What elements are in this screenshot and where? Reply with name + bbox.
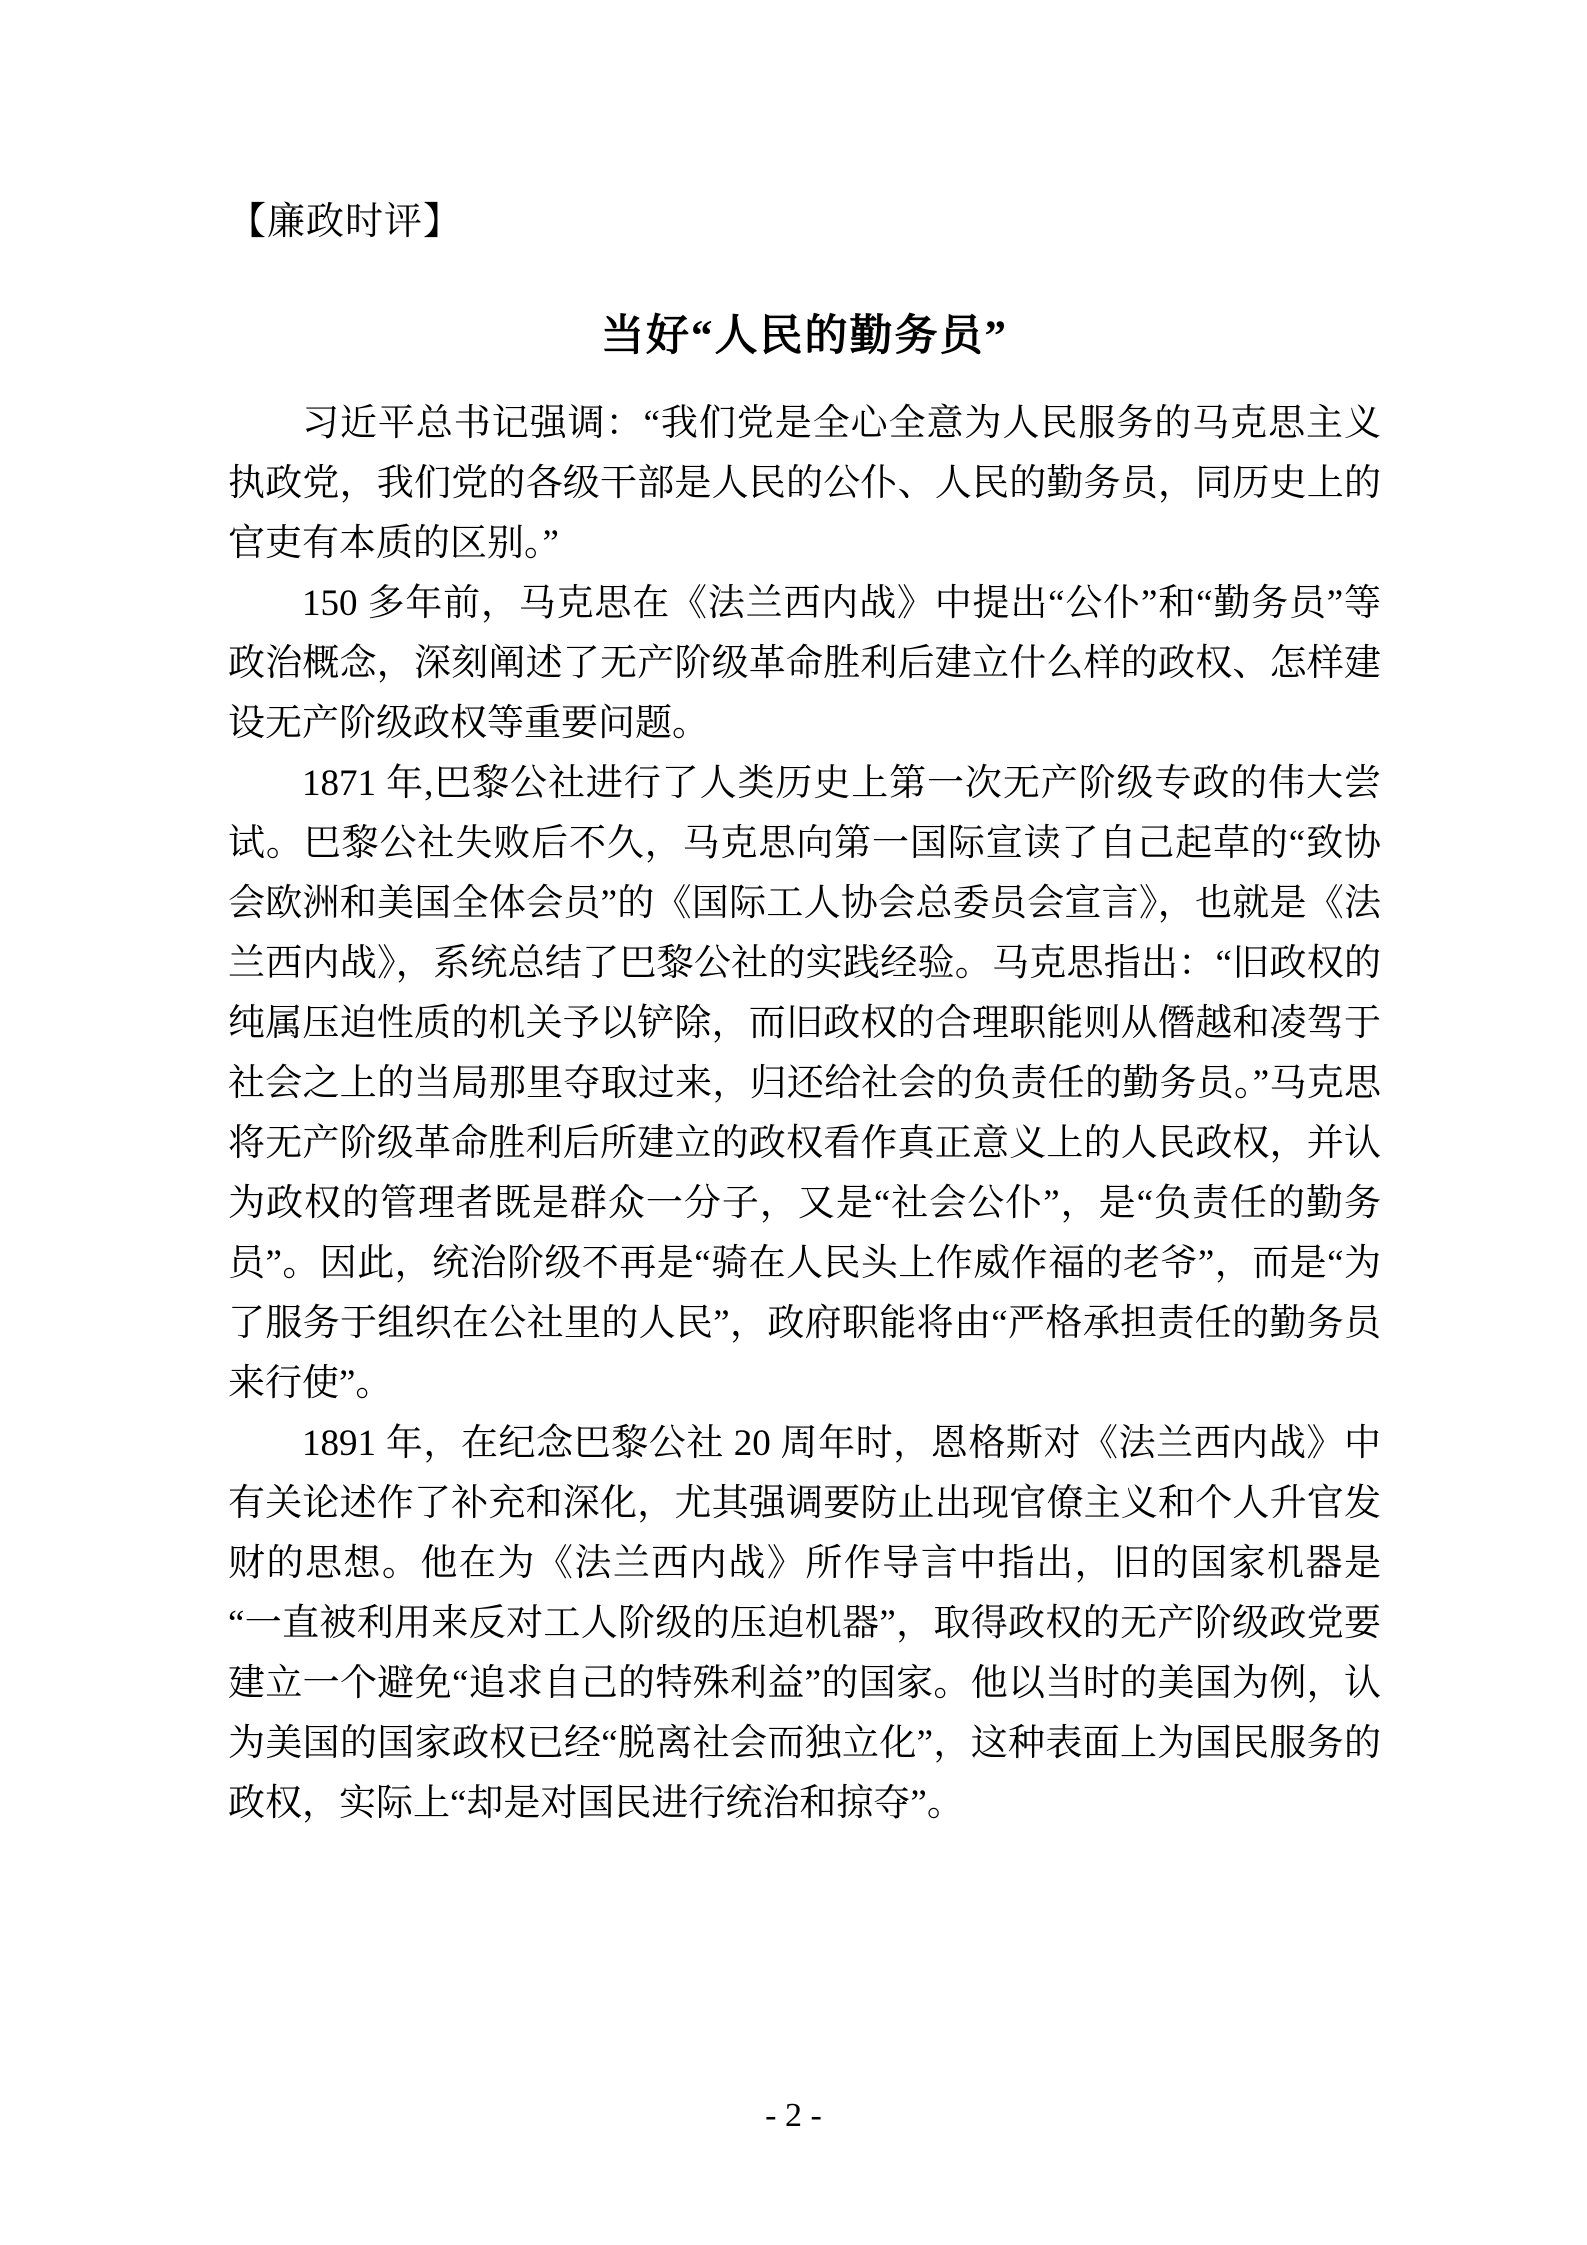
document-page: 【廉政时评】 当好“人民的勤务员” 习近平总书记强调：“我们党是全心全意为人民服… bbox=[0, 0, 1587, 2245]
page-number: - 2 - bbox=[0, 2096, 1587, 2136]
paragraph-1: 习近平总书记强调：“我们党是全心全意为人民服务的马克思主义执政党，我们党的各级干… bbox=[228, 394, 1381, 574]
section-header: 【廉政时评】 bbox=[228, 196, 1381, 248]
page-title: 当好“人民的勤务员” bbox=[228, 308, 1381, 366]
paragraph-4: 1891 年，在纪念巴黎公社 20 周年时，恩格斯对《法兰西内战》中有关论述作了… bbox=[228, 1414, 1381, 1834]
paragraph-2: 150 多年前，马克思在《法兰西内战》中提出“公仆”和“勤务员”等政治概念，深刻… bbox=[228, 574, 1381, 754]
paragraph-3: 1871 年,巴黎公社进行了人类历史上第一次无产阶级专政的伟大尝试。巴黎公社失败… bbox=[228, 754, 1381, 1414]
document-content: 【廉政时评】 当好“人民的勤务员” 习近平总书记强调：“我们党是全心全意为人民服… bbox=[228, 0, 1381, 1834]
body-text: 习近平总书记强调：“我们党是全心全意为人民服务的马克思主义执政党，我们党的各级干… bbox=[228, 394, 1381, 1834]
